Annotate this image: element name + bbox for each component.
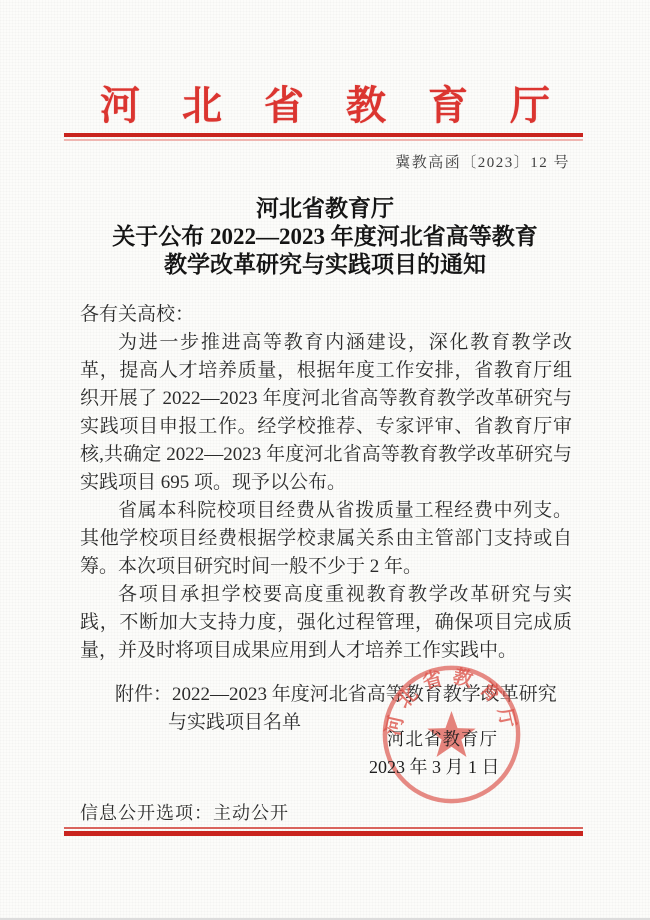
signature-agency: 河北省教育厅 bbox=[387, 726, 498, 751]
notice-title: 河北省教育厅 关于公布 2022—2023 年度河北省高等教育 教学改革研究与实… bbox=[0, 195, 650, 279]
paragraph-2: 省属本科院校项目经费从省拨质量工程经费中列支。其他学校项目经费根据学校隶属关系由… bbox=[80, 497, 572, 581]
salutation: 各有关高校： bbox=[80, 301, 572, 329]
document-page: 河北省教育厅 冀教高函〔2023〕12 号 河北省教育厅 关于公布 2022—2… bbox=[0, 0, 650, 920]
notice-title-line-3: 教学改革研究与实践项目的通知 bbox=[0, 251, 650, 279]
notice-title-line-1: 河北省教育厅 bbox=[0, 195, 650, 223]
doc-number: 冀教高函〔2023〕12 号 bbox=[395, 151, 570, 172]
footer-rule-thick bbox=[64, 831, 583, 836]
footer-rule-thin bbox=[64, 827, 583, 829]
paragraph-3: 各项目承担学校要高度重视教育教学改革研究与实践，不断加大支持力度，强化过程管理，… bbox=[80, 581, 572, 665]
paragraph-1: 为进一步推进高等教育内涵建设，深化教育教学改革，提高人才培养质量，根据年度工作安… bbox=[80, 329, 572, 497]
header-rule-thick bbox=[64, 133, 583, 137]
agency-banner: 河北省教育厅 bbox=[0, 74, 650, 131]
attachment-label: 附件： bbox=[115, 684, 172, 705]
header-rule-thin bbox=[64, 139, 583, 141]
disclosure-line: 信息公开选项：主动公开 bbox=[80, 799, 289, 825]
signature-date: 2023 年 3 月 1 日 bbox=[369, 753, 500, 779]
notice-title-line-2: 关于公布 2022—2023 年度河北省高等教育 bbox=[0, 223, 650, 251]
